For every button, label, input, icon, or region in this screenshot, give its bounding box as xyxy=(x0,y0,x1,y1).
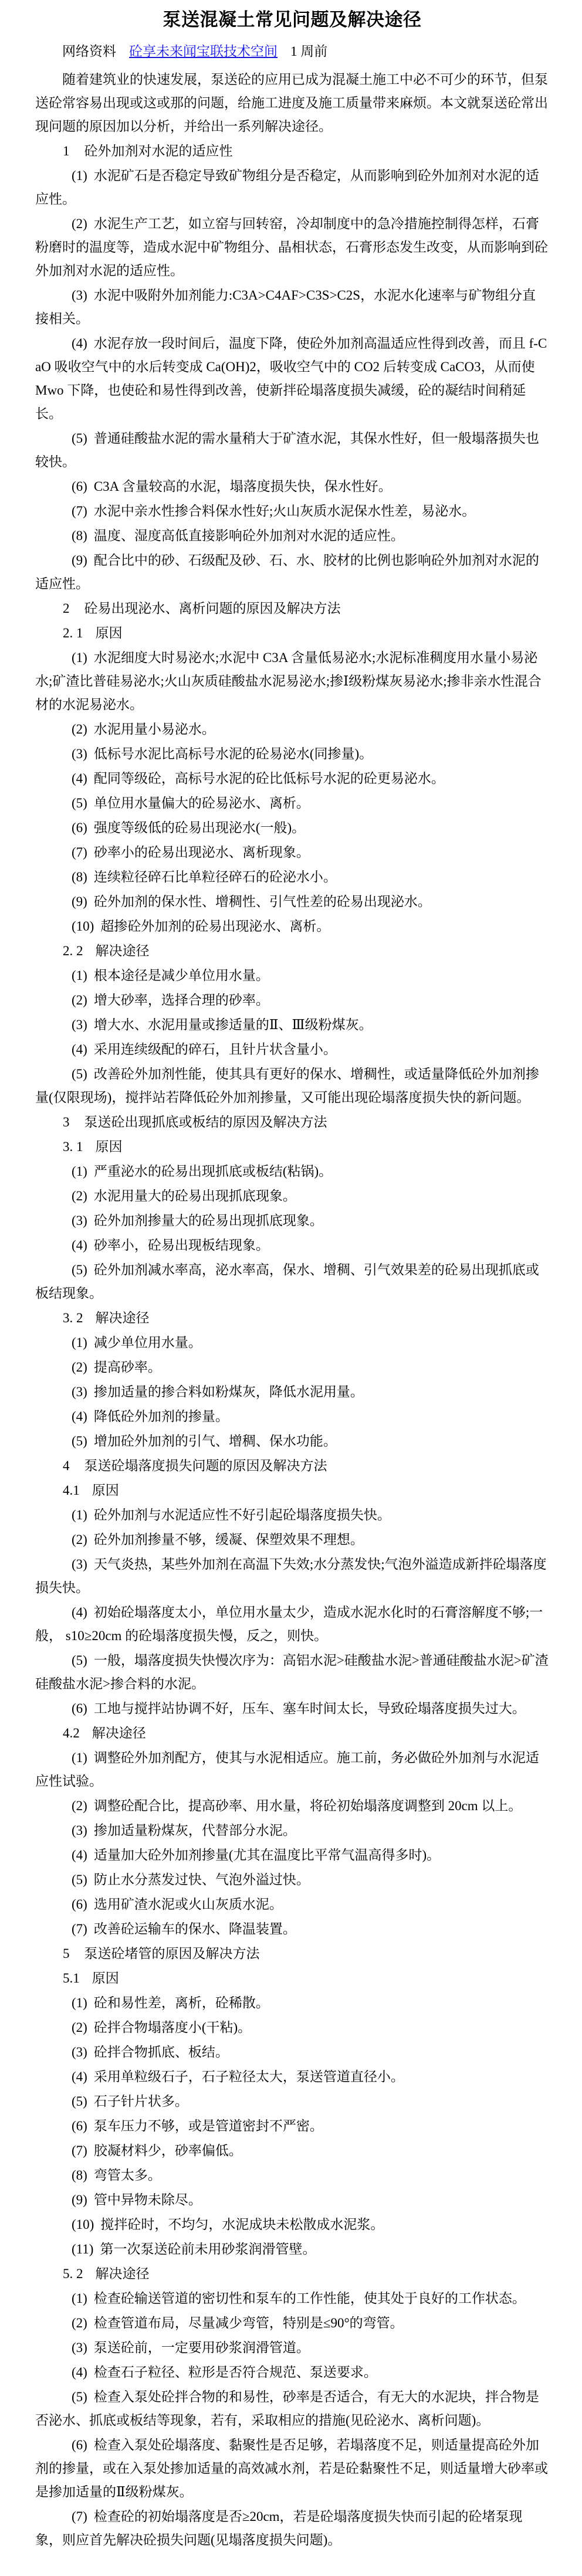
list-item: (2)检查管道布局，尽量减少弯管，特别是≤90°的弯管。 xyxy=(35,2312,549,2335)
item-text: 砼外加剂掺量不够，缓凝、保塑效果不理想。 xyxy=(94,1532,364,1547)
list-item: (3)砼外加剂掺量大的砼易出现抓底现象。 xyxy=(35,1209,549,1233)
list-item: (4)配同等级砼，高标号水泥的砼比低标号水泥的砼更易泌水。 xyxy=(35,767,549,790)
item-text: 检查石子粒径、粒形是否符合规范、泵送要求。 xyxy=(94,2365,377,2380)
subsection-heading: 2. 1原因 xyxy=(35,622,549,645)
heading-text: 解决途径 xyxy=(96,943,150,958)
list-item: (1)减少单位用水量。 xyxy=(35,1331,549,1355)
meta-timestamp: 1 周前 xyxy=(290,44,327,59)
heading-text: 泵送砼堵管的原因及解决方法 xyxy=(84,1946,260,1961)
item-number: (3) xyxy=(72,1823,87,1838)
item-text: 低标号水泥比高标号水泥的砼易泌水(同掺量)。 xyxy=(94,746,373,761)
item-number: (1) xyxy=(72,1508,87,1522)
item-text: 初始砼塌落度太小，单位用水量太少，造成水泥水化时的石膏溶解度不够;一般， s10… xyxy=(35,1605,543,1643)
list-item: (8)温度、湿度高低直接影响砼外加剂对水泥的适应性。 xyxy=(35,524,549,548)
item-number: (1) xyxy=(72,968,87,983)
intro-paragraph: 随着建筑业的快速发展，泵送砼的应用已成为混凝土施工中必不可少的环节，但泵送砼常容… xyxy=(35,68,549,138)
item-number: (3) xyxy=(72,2045,87,2059)
list-item: (5)单位用水量偏大的砼易泌水、离析。 xyxy=(35,792,549,815)
meta-line: 网络资料砼享未来闻宝联技术空间1 周前 xyxy=(35,40,549,63)
item-number: (4) xyxy=(72,1042,87,1057)
item-text: 砼外加剂掺量大的砼易出现抓底现象。 xyxy=(94,1213,323,1228)
page-title: 泵送混凝土常见问题及解决途径 xyxy=(35,7,549,33)
item-number: (8) xyxy=(72,870,87,884)
item-number: (5) xyxy=(72,1434,87,1448)
item-number: (2) xyxy=(72,2316,87,2330)
meta-source-label: 网络资料 xyxy=(62,44,116,59)
list-item: (6)泵车压力不够，或是管道密封不严密。 xyxy=(35,2115,549,2138)
list-item: (4)采用连续级配的碎石，且针片状含量小。 xyxy=(35,1038,549,1061)
list-item: (6)C3A 含量较高的水泥，塌落度损失快，保水性好。 xyxy=(35,475,549,498)
list-item: (5)检查入泵处砼拌合物的和易性，砂率是否适合，有无大的水泥块，拌合物是否泌水、… xyxy=(35,2385,549,2432)
item-number: (1) xyxy=(72,1164,87,1179)
list-item: (4)采用单粒级石子，石子粒径太大，泵送管道直径小。 xyxy=(35,2065,549,2089)
heading-number: 4.1 xyxy=(63,1483,80,1498)
heading-number: 3. 2 xyxy=(63,1311,83,1325)
item-text: 根本途径是减少单位用水量。 xyxy=(94,968,269,983)
item-text: 水泥用量大的砼易出现抓底现象。 xyxy=(94,1189,296,1203)
item-text: 砼拌合物塌落度小(干粘)。 xyxy=(94,2020,251,2035)
heading-number: 2 xyxy=(63,601,70,616)
list-item: (5)防止水分蒸发过快、气泡外溢过快。 xyxy=(35,1868,549,1892)
list-item: (3)泵送砼前，一定要用砂浆润滑管道。 xyxy=(35,2336,549,2360)
item-number: (3) xyxy=(72,2340,87,2355)
item-number: (4) xyxy=(72,1409,87,1424)
list-item: (6)选用矿渣水泥或火山灰质水泥。 xyxy=(35,1893,549,1916)
subsection-heading: 3. 1原因 xyxy=(35,1135,549,1159)
list-item: (11)第一次泵送砼前未用砂浆润滑管壁。 xyxy=(35,2238,549,2261)
list-item: (4)适量加大砼外加剂掺量(尤其在温度比平常气温高得多时)。 xyxy=(35,1844,549,1867)
list-item: (7)砂率小的砼易出现泌水、离析现象。 xyxy=(35,841,549,864)
list-item: (10)超掺砼外加剂的砼易出现泌水、离析。 xyxy=(35,915,549,938)
list-item: (6)检查入泵处砼塌落度、黏聚性是否足够，若塌落度不足，则适量提高砼外加剂的掺量… xyxy=(35,2434,549,2504)
item-number: (8) xyxy=(72,2168,87,2183)
list-item: (2)水泥生产工艺，如立窑与回转窑，冷却制度中的急冷措施控制得怎样，石膏粉磨时的… xyxy=(35,212,549,283)
list-item: (2)增大砂率，选择合理的砂率。 xyxy=(35,989,549,1012)
list-item: (9)管中异物未除尽。 xyxy=(35,2188,549,2212)
item-text: 检查入泵处砼塌落度、黏聚性是否足够，若塌落度不足，则适量提高砼外加剂的掺量，或在… xyxy=(35,2438,548,2499)
item-number: (5) xyxy=(72,2094,87,2109)
item-number: (4) xyxy=(72,771,87,786)
list-item: (1)水泥细度大时易泌水;水泥中 C3A 含量低易泌水;水泥标准稠度用水量小易泌… xyxy=(35,646,549,717)
heading-text: 原因 xyxy=(96,626,123,640)
list-item: (4)砂率小，砼易出现板结现象。 xyxy=(35,1234,549,1257)
item-number: (5) xyxy=(72,1067,87,1081)
heading-number: 5. 2 xyxy=(63,2266,83,2281)
heading-number: 4 xyxy=(63,1458,70,1473)
item-text: 石子针片状多。 xyxy=(94,2094,188,2109)
item-number: (8) xyxy=(72,528,87,543)
document-body: 1砼外加剂对水泥的适应性(1)水泥矿石是否稳定导致矿物组分是否稳定，从而影响到砼… xyxy=(35,140,549,2552)
list-item: (7)改善砼运输车的保水、降温装置。 xyxy=(35,1917,549,1941)
section-heading: 3泵送砼出现抓底或板结的原因及解决方法 xyxy=(35,1111,549,1134)
item-number: (1) xyxy=(72,1750,87,1765)
list-item: (3)增大水、水泥用量或掺适量的Ⅱ、Ⅲ级粉煤灰。 xyxy=(35,1013,549,1037)
item-number: (7) xyxy=(72,2143,87,2158)
item-number: (5) xyxy=(72,2390,87,2404)
item-number: (1) xyxy=(72,168,87,183)
item-text: 普通硅酸盐水泥的需水量稍大于矿渣水泥，其保水性好，但一般塌落损失也较快。 xyxy=(35,431,539,469)
item-text: 砼外加剂减水率高，泌水率高，保水、增稠、引气效果差的砼易出现抓底或板结现象。 xyxy=(35,1262,539,1301)
heading-number: 2. 1 xyxy=(63,626,83,640)
item-number: (7) xyxy=(72,2509,87,2524)
item-text: 砂率小，砼易出现板结现象。 xyxy=(94,1238,269,1253)
list-item: (2)砼拌合物塌落度小(干粘)。 xyxy=(35,2016,549,2039)
item-text: 防止水分蒸发过快、气泡外溢过快。 xyxy=(94,1872,310,1887)
item-text: 改善砼运输车的保水、降温装置。 xyxy=(94,1922,296,1936)
item-text: 第一次泵送砼前未用砂浆润滑管壁。 xyxy=(100,2242,316,2256)
list-item: (5)增加砼外加剂的引气、增稠、保水功能。 xyxy=(35,1430,549,1453)
item-number: (4) xyxy=(72,2365,87,2380)
item-number: (4) xyxy=(72,336,87,351)
item-text: 温度、湿度高低直接影响砼外加剂对水泥的适应性。 xyxy=(94,528,404,543)
list-item: (4)检查石子粒径、粒形是否符合规范、泵送要求。 xyxy=(35,2361,549,2384)
list-item: (3)掺加适量粉煤灰，代替部分水泥。 xyxy=(35,1819,549,1842)
list-item: (5)石子针片状多。 xyxy=(35,2090,549,2113)
item-number: (2) xyxy=(72,1798,87,1813)
item-text: 检查管道布局，尽量减少弯管，特别是≤90°的弯管。 xyxy=(94,2316,404,2330)
subsection-heading: 5. 2解决途径 xyxy=(35,2262,549,2286)
item-text: 检查入泵处砼拌合物的和易性，砂率是否适合，有无大的水泥块，拌合物是否泌水、抓底或… xyxy=(35,2390,539,2428)
item-number: (1) xyxy=(72,1995,87,2010)
item-text: 弯管太多。 xyxy=(94,2168,161,2183)
item-number: (4) xyxy=(72,1848,87,1862)
item-number: (1) xyxy=(72,650,87,665)
heading-number: 5.1 xyxy=(63,1971,80,1986)
heading-text: 解决途径 xyxy=(96,2266,150,2281)
item-text: 增大水、水泥用量或掺适量的Ⅱ、Ⅲ级粉煤灰。 xyxy=(94,1017,373,1032)
item-number: (5) xyxy=(72,1872,87,1887)
item-text: 水泥细度大时易泌水;水泥中 C3A 含量低易泌水;水泥标准稠度用水量小易泌水;矿… xyxy=(35,650,542,712)
list-item: (6)工地与搅拌站协调不好，压车、塞车时间太长，导致砼塌落度损失过大。 xyxy=(35,1697,549,1720)
item-number: (7) xyxy=(72,504,87,518)
list-item: (1)根本途径是减少单位用水量。 xyxy=(35,964,549,987)
item-number: (6) xyxy=(72,479,87,494)
item-number: (2) xyxy=(72,1532,87,1547)
item-text: 砼外加剂的保水性、增稠性、引气性差的砼易出现泌水。 xyxy=(94,894,431,909)
item-text: 水泥中亲水性掺合料保水性好;火山灰质水泥保水性差，易泌水。 xyxy=(94,504,475,518)
item-text: 强度等级低的砼易出现泌水(一般)。 xyxy=(94,820,305,835)
list-item: (3)掺加适量的掺合料如粉煤灰，降低水泥用量。 xyxy=(35,1380,549,1404)
list-item: (5)普通硅酸盐水泥的需水量稍大于矿渣水泥，其保水性好，但一般塌落损失也较快。 xyxy=(35,427,549,474)
item-number: (10) xyxy=(72,919,94,934)
list-item: (7)水泥中亲水性掺合料保水性好;火山灰质水泥保水性差，易泌水。 xyxy=(35,500,549,523)
item-text: 超掺砼外加剂的砼易出现泌水、离析。 xyxy=(100,919,330,934)
item-text: 检查砼的初始塌落度是否≥20cm，若是砼塌落度损失快而引起的砼堵泵现象，则应首先… xyxy=(35,2509,523,2547)
item-text: 检查砼输送管道的密切性和泵车的工作性能，使其处于良好的工作状态。 xyxy=(94,2291,526,2306)
item-text: 增大砂率，选择合理的砂率。 xyxy=(94,993,269,1007)
list-item: (5)改善砼外加剂性能，使其具有更好的保水、增稠性，或适量降低砼外加剂掺量(仅限… xyxy=(35,1063,549,1109)
heading-number: 5 xyxy=(63,1946,70,1961)
item-text: 工地与搅拌站协调不好，压车、塞车时间太长，导致砼塌落度损失过大。 xyxy=(94,1701,526,1716)
item-number: (10) xyxy=(72,2217,94,2232)
item-text: 降低砼外加剂的掺量。 xyxy=(94,1409,229,1424)
list-item: (3)水泥中吸附外加剂能力:C3A>C4AF>C3S>C2S，水泥水化速率与矿物… xyxy=(35,284,549,331)
list-item: (1)砼外加剂与水泥适应性不好引起砼塌落度损失快。 xyxy=(35,1503,549,1527)
list-item: (5)一般，塌落度损失快慢次序为：高铝水泥>硅酸盐水泥>普通硅酸盐水泥>矿渣硅酸… xyxy=(35,1649,549,1696)
item-text: 减少单位用水量。 xyxy=(94,1335,202,1350)
item-text: 采用单粒级石子，石子粒径太大，泵送管道直径小。 xyxy=(94,2069,404,2084)
item-text: 连续粒径碎石比单粒径碎石的砼泌水小。 xyxy=(94,870,337,884)
item-text: 改善砼外加剂性能，使其具有更好的保水、增稠性，或适量降低砼外加剂掺量(仅限现场)… xyxy=(35,1067,539,1105)
item-number: (9) xyxy=(72,553,87,568)
list-item: (2)砼外加剂掺量不够，缓凝、保塑效果不理想。 xyxy=(35,1528,549,1552)
item-number: (6) xyxy=(72,820,87,835)
list-item: (7)胶凝材料少，砂率偏低。 xyxy=(35,2139,549,2163)
item-number: (1) xyxy=(72,1335,87,1350)
item-text: 天气炎热，某些外加剂在高温下失效;水分蒸发快;气泡外溢造成新拌砼塌落度损失快。 xyxy=(35,1557,547,1595)
item-number: (5) xyxy=(72,431,87,446)
item-number: (3) xyxy=(72,288,87,303)
list-item: (3)天气炎热，某些外加剂在高温下失效;水分蒸发快;气泡外溢造成新拌砼塌落度损失… xyxy=(35,1553,549,1600)
item-text: 管中异物未除尽。 xyxy=(94,2193,202,2207)
list-item: (4)降低砼外加剂的掺量。 xyxy=(35,1405,549,1428)
list-item: (7)检查砼的初始塌落度是否≥20cm，若是砼塌落度损失快而引起的砼堵泵现象，则… xyxy=(35,2505,549,2552)
list-item: (9)砼外加剂的保水性、增稠性、引气性差的砼易出现泌水。 xyxy=(35,890,549,914)
item-number: (4) xyxy=(72,1238,87,1253)
heading-number: 3. 1 xyxy=(63,1139,83,1154)
item-text: 搅拌砼时，不均匀，水泥成块未松散成水泥浆。 xyxy=(100,2217,384,2232)
list-item: (10)搅拌砼时，不均匀，水泥成块未松散成水泥浆。 xyxy=(35,2213,549,2236)
list-item: (8)连续粒径碎石比单粒径碎石的砼泌水小。 xyxy=(35,866,549,889)
item-number: (6) xyxy=(72,1897,87,1912)
list-item: (1)严重泌水的砼易出现抓底或板结(粘锅)。 xyxy=(35,1160,549,1183)
list-item: (2)水泥用量小易泌水。 xyxy=(35,718,549,741)
list-item: (2)水泥用量大的砼易出现抓底现象。 xyxy=(35,1185,549,1208)
item-number: (2) xyxy=(72,993,87,1007)
item-text: 增加砼外加剂的引气、增稠、保水功能。 xyxy=(94,1434,337,1448)
list-item: (8)弯管太多。 xyxy=(35,2164,549,2187)
item-number: (2) xyxy=(72,2020,87,2035)
list-item: (3)低标号水泥比高标号水泥的砼易泌水(同掺量)。 xyxy=(35,742,549,766)
item-text: 水泥中吸附外加剂能力:C3A>C4AF>C3S>C2S，水泥水化速率与矿物组分直… xyxy=(35,288,536,326)
heading-text: 原因 xyxy=(92,1483,119,1498)
heading-number: 3 xyxy=(63,1115,70,1129)
item-number: (2) xyxy=(72,1189,87,1203)
item-number: (2) xyxy=(72,1360,87,1374)
item-text: 砼和易性差，离析，砼稀散。 xyxy=(94,1995,269,2010)
heading-text: 解决途径 xyxy=(96,1311,150,1325)
item-text: 调整砼外加剂配方，使其与水泥相适应。施工前，务必做砼外加剂与水泥适应性试验。 xyxy=(35,1750,539,1788)
item-number: (6) xyxy=(72,1701,87,1716)
subsection-heading: 4.1原因 xyxy=(35,1479,549,1502)
item-text: 采用连续级配的碎石，且针片状含量小。 xyxy=(94,1042,337,1057)
list-item: (2)调整砼配合比，提高砂率、用水量，将砼初始塌落度调整到 20cm 以上。 xyxy=(35,1794,549,1818)
item-number: (5) xyxy=(72,1653,87,1668)
item-text: 砂率小的砼易出现泌水、离析现象。 xyxy=(94,845,310,860)
section-heading: 4泵送砼塌落度损失问题的原因及解决方法 xyxy=(35,1454,549,1478)
item-text: 调整砼配合比，提高砂率、用水量，将砼初始塌落度调整到 20cm 以上。 xyxy=(94,1798,522,1813)
heading-text: 原因 xyxy=(92,1971,119,1986)
heading-text: 砼易出现泌水、离析问题的原因及解决方法 xyxy=(84,601,341,616)
heading-text: 泵送砼塌落度损失问题的原因及解决方法 xyxy=(84,1458,327,1473)
item-text: 严重泌水的砼易出现抓底或板结(粘锅)。 xyxy=(94,1164,332,1179)
heading-text: 砼外加剂对水泥的适应性 xyxy=(84,144,233,158)
item-number: (3) xyxy=(72,1557,87,1572)
section-heading: 5泵送砼堵管的原因及解决方法 xyxy=(35,1942,549,1966)
section-heading: 1砼外加剂对水泥的适应性 xyxy=(35,140,549,163)
item-text: 配同等级砼，高标号水泥的砼比低标号水泥的砼更易泌水。 xyxy=(94,771,445,786)
item-number: (7) xyxy=(72,845,87,860)
list-item: (4)初始砼塌落度太小，单位用水量太少，造成水泥水化时的石膏溶解度不够;一般， … xyxy=(35,1601,549,1648)
list-item: (6)强度等级低的砼易出现泌水(一般)。 xyxy=(35,816,549,840)
item-number: (6) xyxy=(72,2119,87,2133)
item-text: 水泥矿石是否稳定导致矿物组分是否稳定，从而影响到砼外加剂对水泥的适应性。 xyxy=(35,168,539,206)
document-page: 泵送混凝土常见问题及解决途径 网络资料砼享未来闻宝联技术空间1 周前 随着建筑业… xyxy=(0,0,582,2552)
list-item: (5)砼外加剂减水率高，泌水率高，保水、增稠、引气效果差的砼易出现抓底或板结现象… xyxy=(35,1258,549,1305)
heading-number: 4.2 xyxy=(63,1726,80,1740)
section-heading: 2砼易出现泌水、离析问题的原因及解决方法 xyxy=(35,597,549,620)
list-item: (1)检查砼输送管道的密切性和泵车的工作性能，使其处于良好的工作状态。 xyxy=(35,2287,549,2310)
item-number: (4) xyxy=(72,1605,87,1620)
item-number: (3) xyxy=(72,1384,87,1399)
item-number: (9) xyxy=(72,894,87,909)
list-item: (2)提高砂率。 xyxy=(35,1356,549,1379)
item-number: (5) xyxy=(72,796,87,810)
list-item: (1)砼和易性差，离析，砼稀散。 xyxy=(35,1991,549,2015)
item-number: (4) xyxy=(72,2069,87,2084)
item-number: (3) xyxy=(72,1017,87,1032)
item-number: (3) xyxy=(72,1213,87,1228)
item-number: (11) xyxy=(72,2242,93,2256)
item-text: 掺加适量粉煤灰，代替部分水泥。 xyxy=(94,1823,296,1838)
item-number: (6) xyxy=(72,2438,87,2452)
subsection-heading: 2. 2解决途径 xyxy=(35,939,549,963)
subsection-heading: 4.2解决途径 xyxy=(35,1722,549,1745)
list-item: (3)砼拌合物抓底、板结。 xyxy=(35,2041,549,2064)
item-text: 适量加大砼外加剂掺量(尤其在温度比平常气温高得多时)。 xyxy=(94,1848,440,1862)
heading-text: 原因 xyxy=(96,1139,123,1154)
item-number: (2) xyxy=(72,722,87,737)
item-number: (9) xyxy=(72,2193,87,2207)
item-text: 砼拌合物抓底、板结。 xyxy=(94,2045,229,2059)
item-text: 配合比中的砂、石级配及砂、石、水、胶材的比例也影响砼外加剂对水泥的适应性。 xyxy=(35,553,539,591)
item-number: (3) xyxy=(72,746,87,761)
item-text: 掺加适量的掺合料如粉煤灰，降低水泥用量。 xyxy=(94,1384,364,1399)
list-item: (1)水泥矿石是否稳定导致矿物组分是否稳定，从而影响到砼外加剂对水泥的适应性。 xyxy=(35,164,549,211)
item-number: (5) xyxy=(72,1262,87,1277)
item-text: 提高砂率。 xyxy=(94,1360,161,1374)
heading-number: 2. 2 xyxy=(63,943,83,958)
subsection-heading: 5.1原因 xyxy=(35,1967,549,1990)
item-text: 水泥生产工艺，如立窑与回转窑，冷却制度中的急冷措施控制得怎样，石膏粉磨时的温度等… xyxy=(35,216,548,278)
list-item: (4)水泥存放一段时间后，温度下降，使砼外加剂高温适应性得到改善，而且 f-Ca… xyxy=(35,332,549,426)
item-text: 水泥用量小易泌水。 xyxy=(94,722,215,737)
item-text: C3A 含量较高的水泥，塌落度损失快，保水性好。 xyxy=(94,479,392,494)
item-text: 水泥存放一段时间后，温度下降，使砼外加剂高温适应性得到改善，而且 f-CaO 吸… xyxy=(35,336,547,421)
item-number: (2) xyxy=(72,216,87,231)
list-item: (1)调整砼外加剂配方，使其与水泥相适应。施工前，务必做砼外加剂与水泥适应性试验… xyxy=(35,1746,549,1793)
heading-text: 解决途径 xyxy=(92,1726,146,1740)
source-link[interactable]: 砼享未来闻宝联技术空间 xyxy=(129,44,278,59)
item-text: 一般，塌落度损失快慢次序为：高铝水泥>硅酸盐水泥>普通硅酸盐水泥>矿渣硅酸盐水泥… xyxy=(35,1653,549,1691)
item-text: 泵车压力不够，或是管道密封不严密。 xyxy=(94,2119,323,2133)
item-text: 胶凝材料少，砂率偏低。 xyxy=(94,2143,242,2158)
subsection-heading: 3. 2解决途径 xyxy=(35,1306,549,1330)
item-text: 单位用水量偏大的砼易泌水、离析。 xyxy=(94,796,310,810)
item-number: (7) xyxy=(72,1922,87,1936)
heading-number: 1 xyxy=(63,144,70,158)
item-text: 泵送砼前，一定要用砂浆润滑管道。 xyxy=(94,2340,310,2355)
heading-text: 泵送砼出现抓底或板结的原因及解决方法 xyxy=(84,1115,327,1129)
list-item: (9)配合比中的砂、石级配及砂、石、水、胶材的比例也影响砼外加剂对水泥的适应性。 xyxy=(35,549,549,596)
item-text: 选用矿渣水泥或火山灰质水泥。 xyxy=(94,1897,283,1912)
item-number: (1) xyxy=(72,2291,87,2306)
item-text: 砼外加剂与水泥适应性不好引起砼塌落度损失快。 xyxy=(94,1508,391,1522)
